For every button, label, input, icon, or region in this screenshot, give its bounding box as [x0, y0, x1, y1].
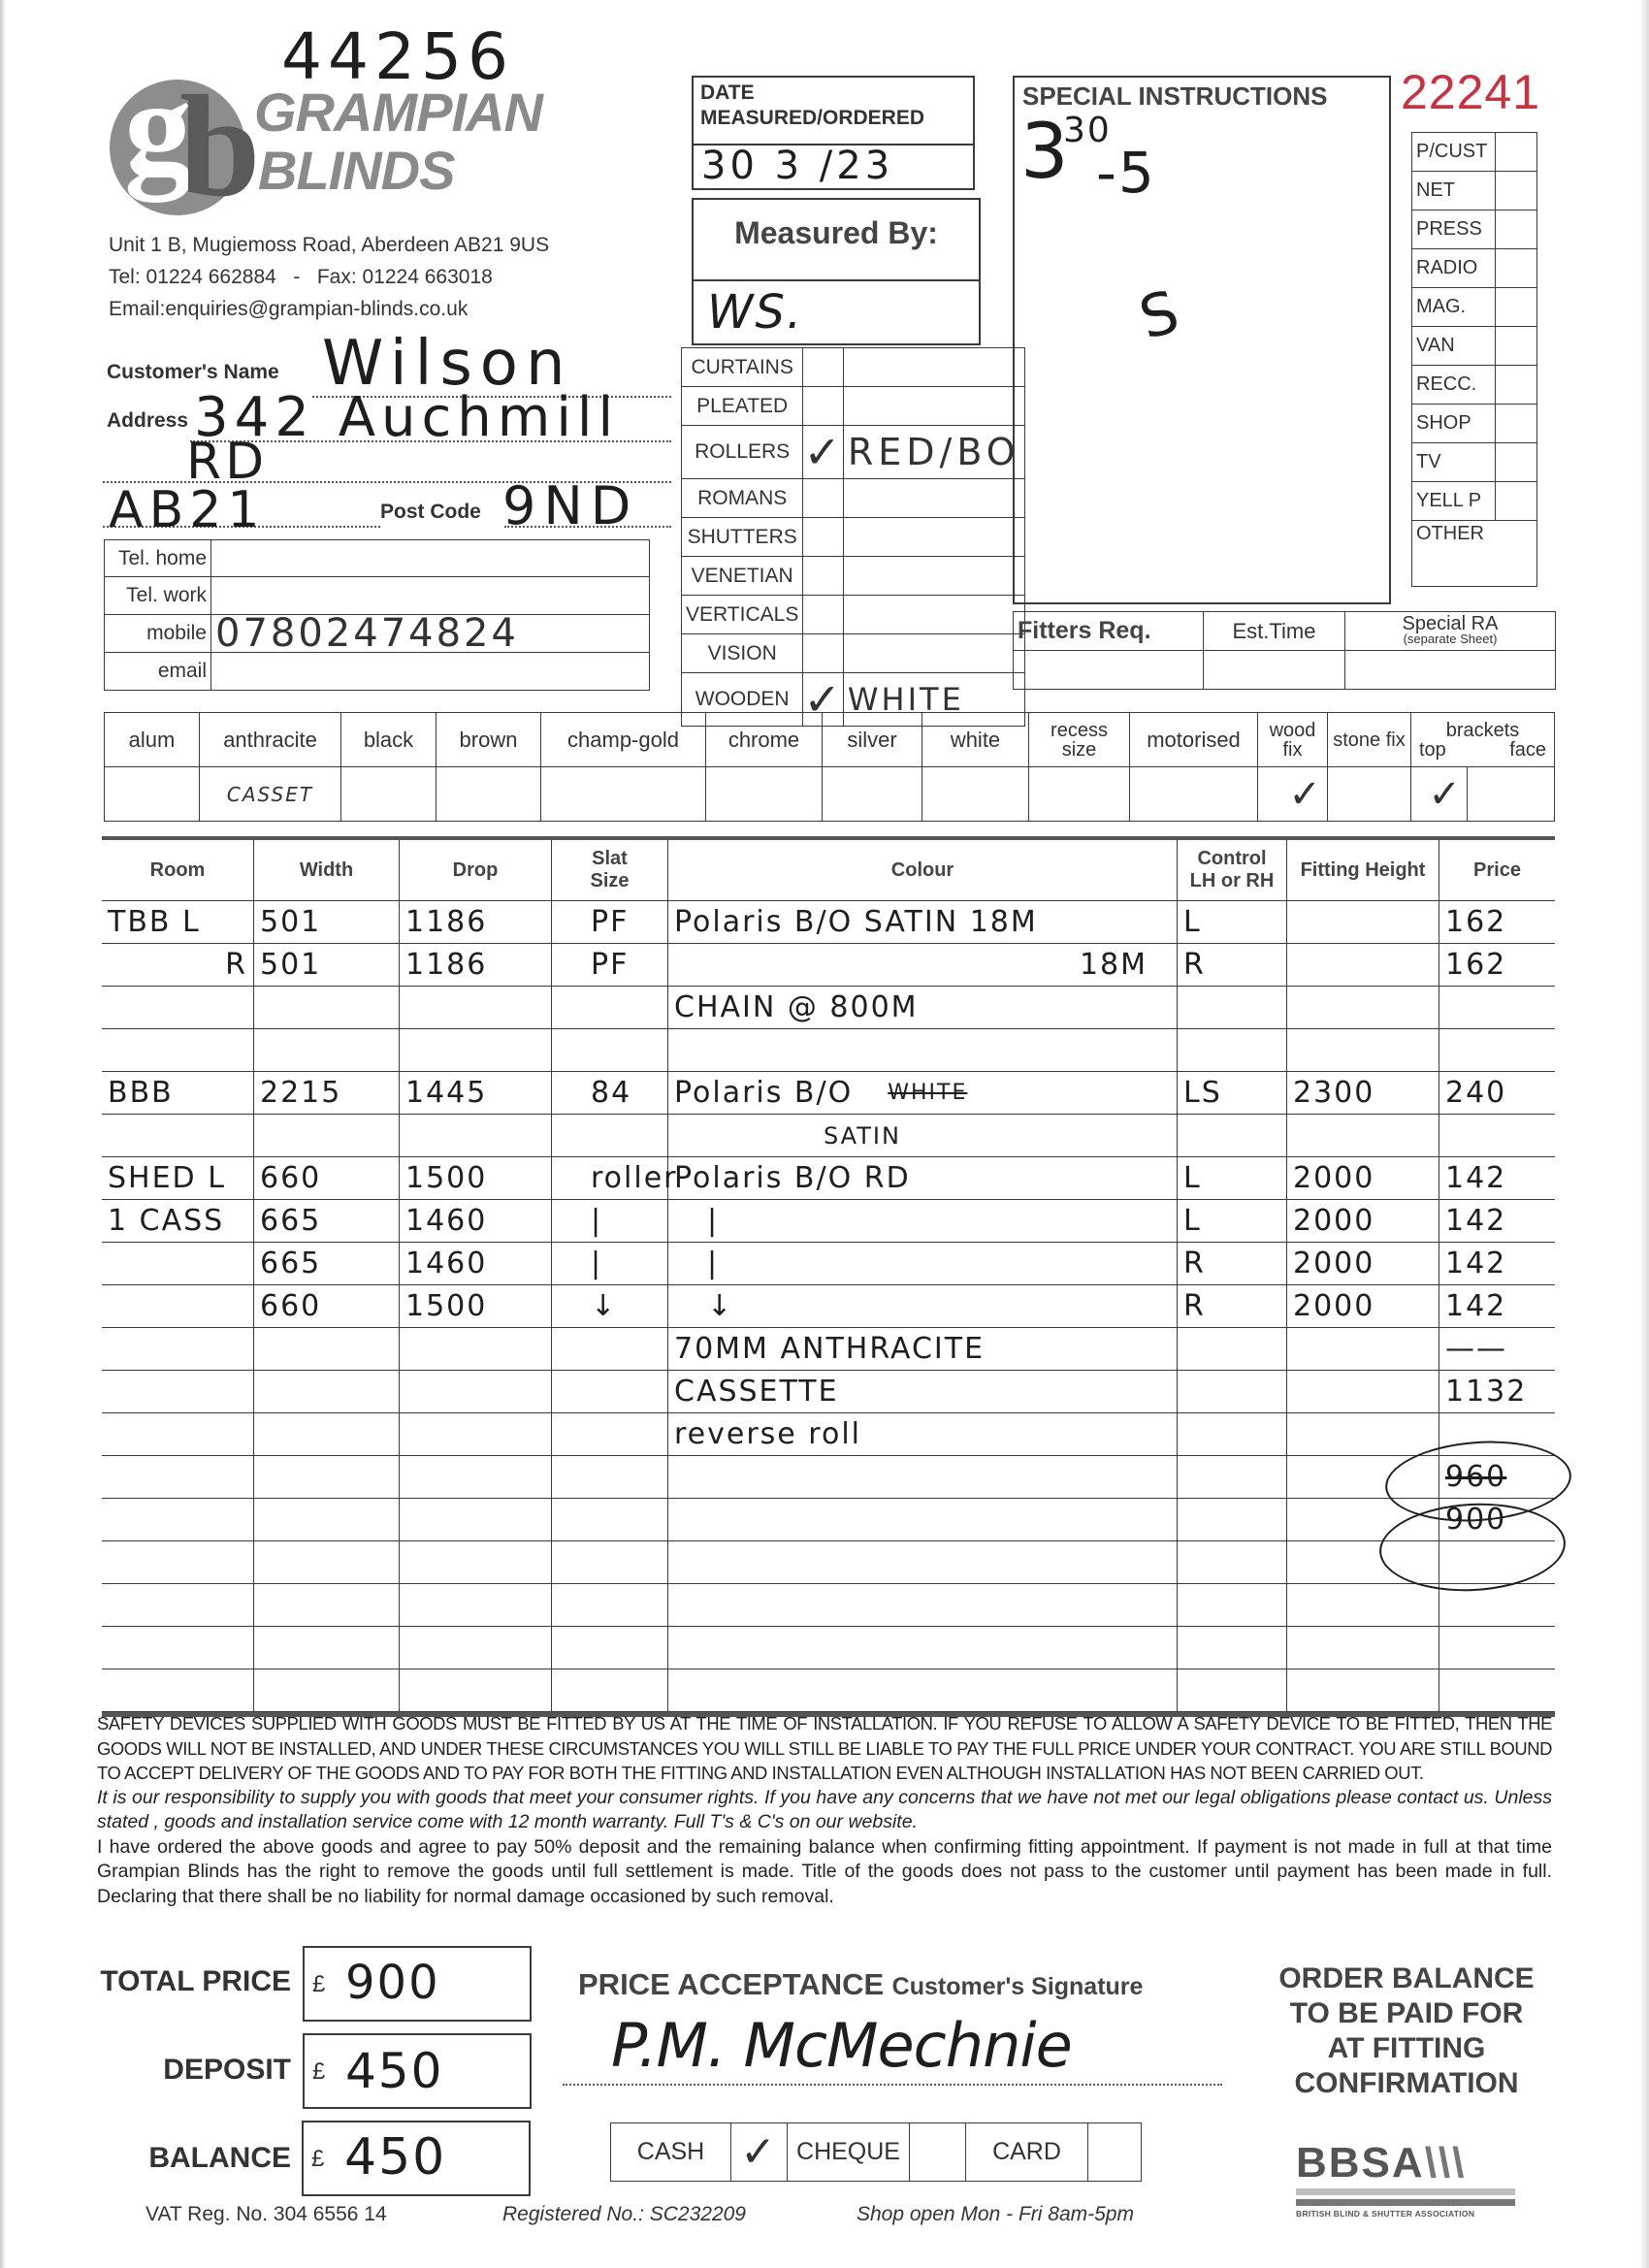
drop-cell[interactable]: 1460: [400, 1200, 552, 1242]
price-cell[interactable]: [1439, 1627, 1555, 1669]
product-note[interactable]: [843, 557, 1024, 596]
colour-cell-value: ↓: [668, 1289, 733, 1323]
control-cell[interactable]: [1178, 1029, 1287, 1071]
source-item: RECC.: [1412, 366, 1496, 405]
source-checkbox[interactable]: [1496, 211, 1537, 249]
price-acceptance-header: PRICE ACCEPTANCE Customer's Signature: [578, 1967, 1143, 2002]
colour-cell-value: CHAIN @ 800M: [668, 990, 919, 1024]
room-cell[interactable]: [102, 1627, 254, 1669]
price-cell[interactable]: ——: [1439, 1328, 1555, 1370]
drop-cell[interactable]: 1500: [400, 1285, 552, 1327]
colour-cell[interactable]: [668, 1541, 1178, 1583]
control-cell[interactable]: L: [1178, 901, 1287, 943]
col-slat-size-header: Slat Size: [552, 840, 668, 900]
width-cell[interactable]: [254, 1584, 400, 1626]
special-ra-header: Special RA (separate Sheet): [1345, 612, 1556, 651]
colour-cell[interactable]: Polaris B/O RD: [668, 1157, 1178, 1199]
slat-size-cell-value: |: [552, 1247, 602, 1280]
fitting-height-cell-value: 2000: [1287, 1204, 1374, 1238]
colour-cell[interactable]: [668, 1499, 1178, 1540]
option-header: white: [922, 713, 1029, 767]
slat-size-cell[interactable]: [552, 1115, 668, 1156]
col-width-header: Width: [254, 840, 400, 900]
fitting-height-cell[interactable]: 2000: [1287, 1285, 1439, 1327]
colour-cell[interactable]: CASSETTE: [668, 1371, 1178, 1412]
colour-cell[interactable]: CHAIN @ 800M: [668, 987, 1178, 1028]
control-cell[interactable]: [1178, 987, 1287, 1028]
slat-size-cell[interactable]: |: [552, 1243, 668, 1284]
fitting-height-cell[interactable]: [1287, 1669, 1439, 1711]
option-black-field[interactable]: [341, 767, 436, 822]
product-label: SHUTTERS: [682, 518, 803, 557]
product-note[interactable]: [843, 596, 1024, 634]
option-recess-size-field[interactable]: [1029, 767, 1130, 822]
control-cell[interactable]: L: [1178, 1200, 1287, 1242]
slat-label-1: Slat: [592, 848, 628, 870]
table-row: 900: [102, 1499, 1555, 1541]
bbsa-slashes-icon: \\\: [1425, 2139, 1467, 2187]
order-balance-line2: TO BE PAID FOR: [1251, 1996, 1562, 2031]
price-acceptance-title: PRICE ACCEPTANCE: [578, 1967, 884, 2001]
table-row: CASSETTE1132: [102, 1371, 1555, 1413]
option-header: alum: [105, 713, 200, 767]
product-label: VERTICALS: [682, 596, 803, 634]
slat-size-cell[interactable]: [552, 1456, 668, 1498]
source-checkbox[interactable]: [1496, 133, 1537, 172]
colour-cell[interactable]: [668, 1029, 1178, 1071]
bbsa-stripe: [1296, 2199, 1515, 2206]
table-row: SHED L6601500rollerPolaris B/O RDL200014…: [102, 1157, 1555, 1200]
price-cell-value: 142: [1439, 1204, 1506, 1238]
width-cell[interactable]: [254, 1413, 400, 1455]
rollers-note[interactable]: RED/BO: [843, 426, 1024, 479]
room-cell[interactable]: [102, 1029, 254, 1071]
control-cell[interactable]: L: [1178, 1157, 1287, 1199]
fitting-height-cell[interactable]: [1287, 901, 1439, 943]
source-item-other[interactable]: OTHER: [1412, 521, 1537, 587]
drop-cell[interactable]: [400, 1627, 552, 1669]
control-cell[interactable]: [1178, 1499, 1287, 1540]
colour-cell[interactable]: 18M: [668, 944, 1178, 986]
option-header: stone fix: [1328, 713, 1411, 767]
source-item: PRESS: [1412, 211, 1496, 249]
colour-cell[interactable]: [668, 1456, 1178, 1498]
option-alum-field[interactable]: [105, 767, 200, 822]
product-tick[interactable]: [803, 479, 844, 518]
special-ra-label: Special RA: [1349, 616, 1551, 632]
width-cell[interactable]: [254, 987, 400, 1028]
slat-size-cell[interactable]: [552, 1627, 668, 1669]
product-label: ROLLERS: [682, 426, 803, 479]
room-cell[interactable]: [102, 1243, 254, 1284]
width-cell[interactable]: 2215: [254, 1072, 400, 1114]
price-cell[interactable]: 162: [1439, 901, 1555, 943]
postcode-label: Post Code: [380, 501, 481, 524]
fitting-height-cell[interactable]: [1287, 1413, 1439, 1455]
source-checkbox[interactable]: [1496, 482, 1537, 521]
slat-size-cell[interactable]: [552, 1669, 668, 1711]
width-cell-value: 2215: [254, 1076, 341, 1110]
control-cell-value: R: [1178, 1289, 1206, 1323]
drop-cell[interactable]: 1186: [400, 901, 552, 943]
control-cell[interactable]: [1178, 1669, 1287, 1711]
product-tick[interactable]: [803, 557, 844, 596]
product-tick[interactable]: [803, 348, 844, 387]
email-field[interactable]: [211, 653, 650, 691]
control-cell[interactable]: [1178, 1627, 1287, 1669]
measured-by-divider: [694, 279, 979, 281]
drop-cell[interactable]: 1500: [400, 1157, 552, 1199]
source-checkbox[interactable]: [1496, 443, 1537, 482]
price-cell[interactable]: 240: [1439, 1072, 1555, 1114]
product-note[interactable]: [843, 634, 1024, 673]
order-balance-line1: ORDER BALANCE: [1251, 1961, 1562, 1996]
scan-edge-right: [1639, 0, 1649, 2268]
source-item: RADIO: [1412, 249, 1496, 288]
special-ra-field[interactable]: [1345, 651, 1556, 690]
option-anthracite-field[interactable]: CASSET: [200, 767, 341, 822]
slat-size-cell[interactable]: ↓: [552, 1285, 668, 1327]
colour-cell[interactable]: [668, 1584, 1178, 1626]
drop-cell-value: 1186: [400, 948, 487, 982]
slat-size-cell-value: PF: [552, 948, 629, 982]
company-address: Unit 1 B, Mugiemoss Road, Aberdeen AB21 …: [109, 234, 549, 257]
deposit-value[interactable]: 450: [345, 2043, 443, 2099]
option-brackets-face-field[interactable]: [1468, 767, 1555, 822]
fitters-req-label: Fitters Req.: [1014, 612, 1204, 651]
payment-cash-checkbox[interactable]: ✓: [731, 2123, 788, 2182]
slat-size-cell[interactable]: |: [552, 1200, 668, 1242]
company-phone-fax: Tel: 01224 662884 - Fax: 01224 663018: [109, 266, 493, 289]
est-time-field[interactable]: [1204, 651, 1345, 690]
slat-size-cell-value: |: [552, 1204, 602, 1238]
room-cell[interactable]: 1 CASS: [102, 1200, 254, 1242]
fitting-height-cell[interactable]: [1287, 1328, 1439, 1370]
room-cell-value: BBB: [102, 1076, 174, 1110]
room-cell[interactable]: BBB: [102, 1072, 254, 1114]
source-item: YELL P: [1412, 482, 1496, 521]
struck-colour-value: WHITE: [882, 1081, 967, 1105]
price-cell[interactable]: 142: [1439, 1243, 1555, 1284]
control-cell[interactable]: [1178, 1115, 1287, 1156]
width-cell[interactable]: [254, 1669, 400, 1711]
special-instructions-line2[interactable]: -5: [1096, 140, 1156, 206]
order-lines-table: Room Width Drop Slat Size Colour Control…: [102, 836, 1555, 1717]
table-row: CHAIN @ 800M: [102, 987, 1555, 1029]
balance-label: BALANCE: [87, 2142, 291, 2175]
product-tick[interactable]: [803, 634, 844, 673]
drop-cell[interactable]: [400, 1115, 552, 1156]
width-cell[interactable]: 501: [254, 944, 400, 986]
product-type-table: CURTAINS PLEATED ROLLERS✓RED/BO ROMANS S…: [681, 347, 1025, 727]
room-cell[interactable]: [102, 1499, 254, 1540]
option-header: motorised: [1130, 713, 1258, 767]
order-balance-line4: CONFIRMATION: [1251, 2066, 1562, 2101]
tel-work-field[interactable]: [211, 577, 650, 615]
balance-box: £ 450: [302, 2121, 531, 2196]
room-cell[interactable]: [102, 1285, 254, 1327]
option-champ-gold-field[interactable]: [541, 767, 706, 822]
colour-cell[interactable]: reverse roll: [668, 1413, 1178, 1455]
room-cell[interactable]: [102, 1115, 254, 1156]
room-cell[interactable]: [102, 987, 254, 1028]
width-cell[interactable]: 660: [254, 1157, 400, 1199]
source-item: SHOP: [1412, 405, 1496, 443]
colour-cell[interactable]: 70MM ANTHRACITE: [668, 1328, 1178, 1370]
source-checkbox[interactable]: [1496, 288, 1537, 327]
colour-cell[interactable]: Polaris B/O SATIN 18M: [668, 901, 1178, 943]
colour-cell[interactable]: [668, 1669, 1178, 1711]
payment-cheque-checkbox[interactable]: [910, 2123, 966, 2182]
room-cell[interactable]: [102, 1584, 254, 1626]
option-silver-field[interactable]: [823, 767, 922, 822]
drop-cell[interactable]: [400, 1499, 552, 1540]
colour-cell-value: 18M: [1074, 948, 1177, 982]
drop-cell[interactable]: [400, 1328, 552, 1370]
option-white-field[interactable]: [922, 767, 1029, 822]
drop-cell[interactable]: [400, 1584, 552, 1626]
colour-cell-value: Polaris B/O RD: [668, 1161, 911, 1195]
source-checkbox[interactable]: [1496, 405, 1537, 443]
drop-cell[interactable]: [400, 1456, 552, 1498]
colour-cell[interactable]: [668, 1627, 1178, 1669]
option-stone-fix-field[interactable]: [1328, 767, 1411, 822]
drop-cell[interactable]: [400, 1669, 552, 1711]
room-cell[interactable]: [102, 1371, 254, 1412]
option-brackets-top-tick[interactable]: ✓: [1411, 767, 1468, 822]
control-label-2: LH or RH: [1190, 870, 1275, 892]
rollers-tick[interactable]: ✓: [803, 426, 844, 479]
control-cell[interactable]: [1178, 1413, 1287, 1455]
brackets-face-label: face: [1509, 740, 1546, 760]
price-cell[interactable]: 142: [1439, 1157, 1555, 1199]
source-list-table: P/CUST NET PRESS RADIO MAG. VAN RECC. SH…: [1411, 132, 1537, 587]
option-header: chrome: [706, 713, 823, 767]
contact-row-mobile: mobile 07802474824: [105, 615, 650, 653]
source-item: P/CUST: [1412, 133, 1496, 172]
table-row: 1 CASS6651460||L2000142: [102, 1200, 1555, 1243]
tel-home-field[interactable]: [211, 540, 650, 577]
fitting-height-cell[interactable]: 2000: [1287, 1157, 1439, 1199]
width-cell[interactable]: 665: [254, 1200, 400, 1242]
room-cell[interactable]: [102, 1541, 254, 1583]
width-cell[interactable]: [254, 1627, 400, 1669]
option-header: brown: [436, 713, 541, 767]
fitting-height-cell-value: 2000: [1287, 1161, 1374, 1195]
fitting-height-cell[interactable]: 2300: [1287, 1072, 1439, 1114]
price-cell[interactable]: 142: [1439, 1285, 1555, 1327]
date-value[interactable]: 30 3 /23: [701, 144, 893, 188]
product-note[interactable]: [843, 387, 1024, 426]
price-cell[interactable]: [1439, 1029, 1555, 1071]
width-cell[interactable]: [254, 1328, 400, 1370]
price-cell-value: 1132: [1439, 1375, 1527, 1409]
source-checkbox[interactable]: [1496, 327, 1537, 366]
slat-size-cell[interactable]: roller: [552, 1157, 668, 1199]
drop-cell[interactable]: [400, 1029, 552, 1071]
control-cell[interactable]: R: [1178, 944, 1287, 986]
mobile-field[interactable]: 07802474824: [211, 615, 650, 653]
fitting-height-cell[interactable]: 2000: [1287, 1243, 1439, 1284]
contact-label: mobile: [105, 615, 211, 653]
product-tick[interactable]: [803, 596, 844, 634]
room-cell[interactable]: [102, 1456, 254, 1498]
price-cell[interactable]: [1439, 1669, 1555, 1711]
product-note[interactable]: [843, 518, 1024, 557]
slat-size-cell[interactable]: [552, 1584, 668, 1626]
postcode-value[interactable]: 9ND: [502, 475, 638, 536]
control-cell[interactable]: [1178, 1328, 1287, 1370]
option-chrome-field[interactable]: [706, 767, 823, 822]
drop-cell-value: 1186: [400, 905, 487, 939]
slat-size-cell[interactable]: [552, 1413, 668, 1455]
slat-size-cell[interactable]: [552, 1541, 668, 1583]
option-wood-fix-tick[interactable]: ✓: [1258, 767, 1328, 822]
customer-signature[interactable]: P.M. McMechnie: [611, 2010, 1072, 2081]
control-cell[interactable]: [1178, 1456, 1287, 1498]
colour-cell[interactable]: SATIN: [668, 1115, 1178, 1156]
drop-cell[interactable]: 1186: [400, 944, 552, 986]
control-cell[interactable]: [1178, 1541, 1287, 1583]
total-price-value[interactable]: 900: [345, 1956, 440, 2010]
fitting-height-cell[interactable]: [1287, 987, 1439, 1028]
room-cell[interactable]: R: [102, 944, 254, 986]
width-cell[interactable]: [254, 1029, 400, 1071]
slat-size-cell[interactable]: [552, 1328, 668, 1370]
address-value-line3[interactable]: AB21: [109, 481, 265, 539]
drop-cell[interactable]: 1460: [400, 1243, 552, 1284]
contact-label: email: [105, 653, 211, 691]
product-row: SHUTTERS: [682, 518, 1025, 557]
width-cell[interactable]: [254, 1541, 400, 1583]
deposit-label: DEPOSIT: [87, 2054, 291, 2087]
slat-size-cell-value: 84: [552, 1076, 631, 1110]
product-note[interactable]: [843, 479, 1024, 518]
width-cell[interactable]: 660: [254, 1285, 400, 1327]
col-drop-header: Drop: [400, 840, 552, 900]
table-row: [102, 1584, 1555, 1627]
vat-number: VAT Reg. No. 304 6556 14: [145, 2203, 387, 2226]
price-cell[interactable]: 142: [1439, 1200, 1555, 1242]
control-cell-value: R: [1178, 1247, 1206, 1280]
table-row: [102, 1541, 1555, 1584]
measured-by-box: Measured By: WS.: [692, 198, 981, 345]
colour-cell[interactable]: ↓: [668, 1285, 1178, 1327]
fitting-height-cell[interactable]: [1287, 1584, 1439, 1626]
fitting-height-cell[interactable]: [1287, 1371, 1439, 1412]
colour-cell-value: reverse roll: [668, 1417, 861, 1451]
fitting-height-cell[interactable]: [1287, 1627, 1439, 1669]
table-row: BBB2215144584Polaris B/OWHITELS2300240: [102, 1072, 1555, 1115]
price-cell[interactable]: [1439, 987, 1555, 1028]
order-balance-line3: AT FITTING: [1251, 2031, 1562, 2066]
slat-size-cell[interactable]: PF: [552, 944, 668, 986]
balance-value[interactable]: 450: [344, 2128, 446, 2187]
drop-cell[interactable]: [400, 987, 552, 1028]
product-note[interactable]: [843, 348, 1024, 387]
colour-cell[interactable]: |: [668, 1243, 1178, 1284]
room-cell[interactable]: TBB L: [102, 901, 254, 943]
slat-size-cell[interactable]: [552, 1029, 668, 1071]
width-cell-value: 501: [254, 948, 321, 982]
fitting-height-cell[interactable]: [1287, 1029, 1439, 1071]
room-cell[interactable]: [102, 1669, 254, 1711]
product-tick[interactable]: [803, 518, 844, 557]
drop-cell-value: 1500: [400, 1161, 487, 1195]
width-cell[interactable]: [254, 1499, 400, 1540]
payment-method-table: CASH ✓ CHEQUE CARD: [610, 2122, 1142, 2182]
source-checkbox[interactable]: [1496, 249, 1537, 288]
room-cell-value: 1 CASS: [102, 1204, 224, 1238]
control-cell[interactable]: R: [1178, 1243, 1287, 1284]
fitters-req-field[interactable]: [1014, 651, 1204, 690]
bbsa-text: BBSA: [1296, 2139, 1425, 2187]
width-cell[interactable]: [254, 1371, 400, 1412]
drop-cell[interactable]: [400, 1413, 552, 1455]
price-cell[interactable]: 1132: [1439, 1371, 1555, 1412]
source-checkbox[interactable]: [1496, 172, 1537, 211]
room-cell[interactable]: SHED L: [102, 1157, 254, 1199]
source-checkbox[interactable]: [1496, 366, 1537, 405]
company-name-line1: GRAMPIAN: [254, 85, 542, 140]
price-cell[interactable]: 162: [1439, 944, 1555, 986]
colour-cell-value: Polaris B/O SATIN 18M: [668, 905, 1038, 939]
slat-size-cell[interactable]: [552, 1371, 668, 1412]
price-cell-value: 240: [1439, 1076, 1506, 1110]
table-row: R5011186PF18MR162: [102, 944, 1555, 987]
drop-cell[interactable]: [400, 1371, 552, 1412]
colour-cell[interactable]: |: [668, 1200, 1178, 1242]
colour-cell-value: SATIN: [668, 1122, 901, 1150]
slat-size-cell[interactable]: 84: [552, 1072, 668, 1114]
control-cell-value: LS: [1178, 1076, 1222, 1110]
payment-cheque-label: CHEQUE: [788, 2123, 910, 2182]
special-instructions-mark[interactable]: S: [1133, 277, 1188, 353]
room-cell[interactable]: [102, 1413, 254, 1455]
drop-cell[interactable]: [400, 1541, 552, 1583]
width-cell[interactable]: [254, 1115, 400, 1156]
fitting-height-cell[interactable]: [1287, 944, 1439, 986]
width-cell[interactable]: 501: [254, 901, 400, 943]
payment-agreement-notice: I have ordered the above goods and agree…: [97, 1835, 1552, 1910]
control-cell[interactable]: R: [1178, 1285, 1287, 1327]
price-cell[interactable]: [1439, 1115, 1555, 1156]
slat-size-cell[interactable]: [552, 987, 668, 1028]
option-brown-field[interactable]: [436, 767, 541, 822]
width-cell[interactable]: [254, 1456, 400, 1498]
payment-card-checkbox[interactable]: [1088, 2123, 1142, 2182]
measured-by-value[interactable]: WS.: [707, 285, 803, 340]
slat-size-cell[interactable]: [552, 1499, 668, 1540]
room-cell[interactable]: [102, 1328, 254, 1370]
fitting-height-cell[interactable]: [1287, 1115, 1439, 1156]
control-cell[interactable]: [1178, 1371, 1287, 1412]
price-cell-value: ——: [1439, 1332, 1507, 1366]
fitting-height-cell[interactable]: 2000: [1287, 1200, 1439, 1242]
product-tick[interactable]: [803, 387, 844, 426]
drop-cell-value: 1460: [400, 1247, 487, 1280]
slat-size-cell[interactable]: PF: [552, 901, 668, 943]
width-cell[interactable]: 665: [254, 1243, 400, 1284]
product-row: PLEATED: [682, 387, 1025, 426]
option-motorised-field[interactable]: [1130, 767, 1258, 822]
control-cell[interactable]: LS: [1178, 1072, 1287, 1114]
control-cell[interactable]: [1178, 1584, 1287, 1626]
fitting-height-cell-value: 2300: [1287, 1076, 1374, 1110]
customer-signature-label: Customer's Signature: [892, 1973, 1144, 2000]
drop-cell[interactable]: 1445: [400, 1072, 552, 1114]
colour-cell[interactable]: Polaris B/OWHITE: [668, 1072, 1178, 1114]
